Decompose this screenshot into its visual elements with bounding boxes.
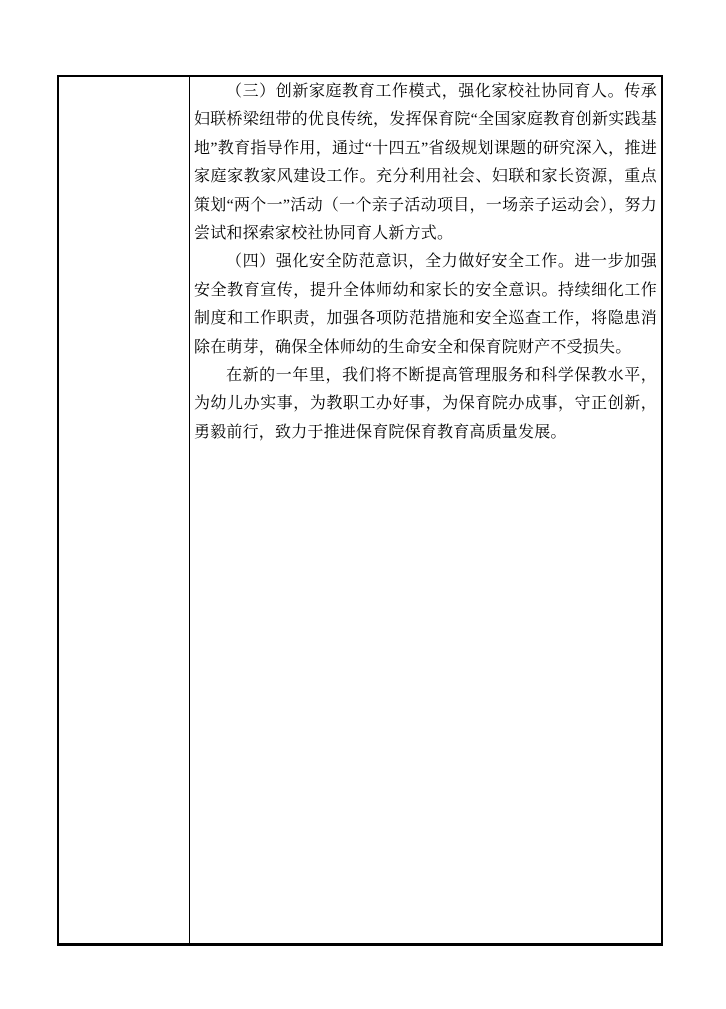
paragraph-family-education: （三）创新家庭教育工作模式，强化家校社协同育人。传承妇联桥梁纽带的优良传统，发挥… (194, 78, 657, 248)
paragraph-closing: 在新的一年里，我们将不断提高管理服务和科学保教水平，为幼儿办实事，为教职工办好事… (194, 362, 657, 447)
paragraph-safety: （四）强化安全防范意识，全力做好安全工作。进一步加强安全教育宣传，提升全体师幼和… (194, 248, 657, 362)
table-label-cell (59, 77, 190, 943)
document-page: （三）创新家庭教育工作模式，强化家校社协同育人。传承妇联桥梁纽带的优良传统，发挥… (0, 0, 726, 1009)
report-table: （三）创新家庭教育工作模式，强化家校社协同育人。传承妇联桥梁纽带的优良传统，发挥… (57, 75, 663, 946)
table-content-cell: （三）创新家庭教育工作模式，强化家校社协同育人。传承妇联桥梁纽带的优良传统，发挥… (190, 77, 661, 943)
